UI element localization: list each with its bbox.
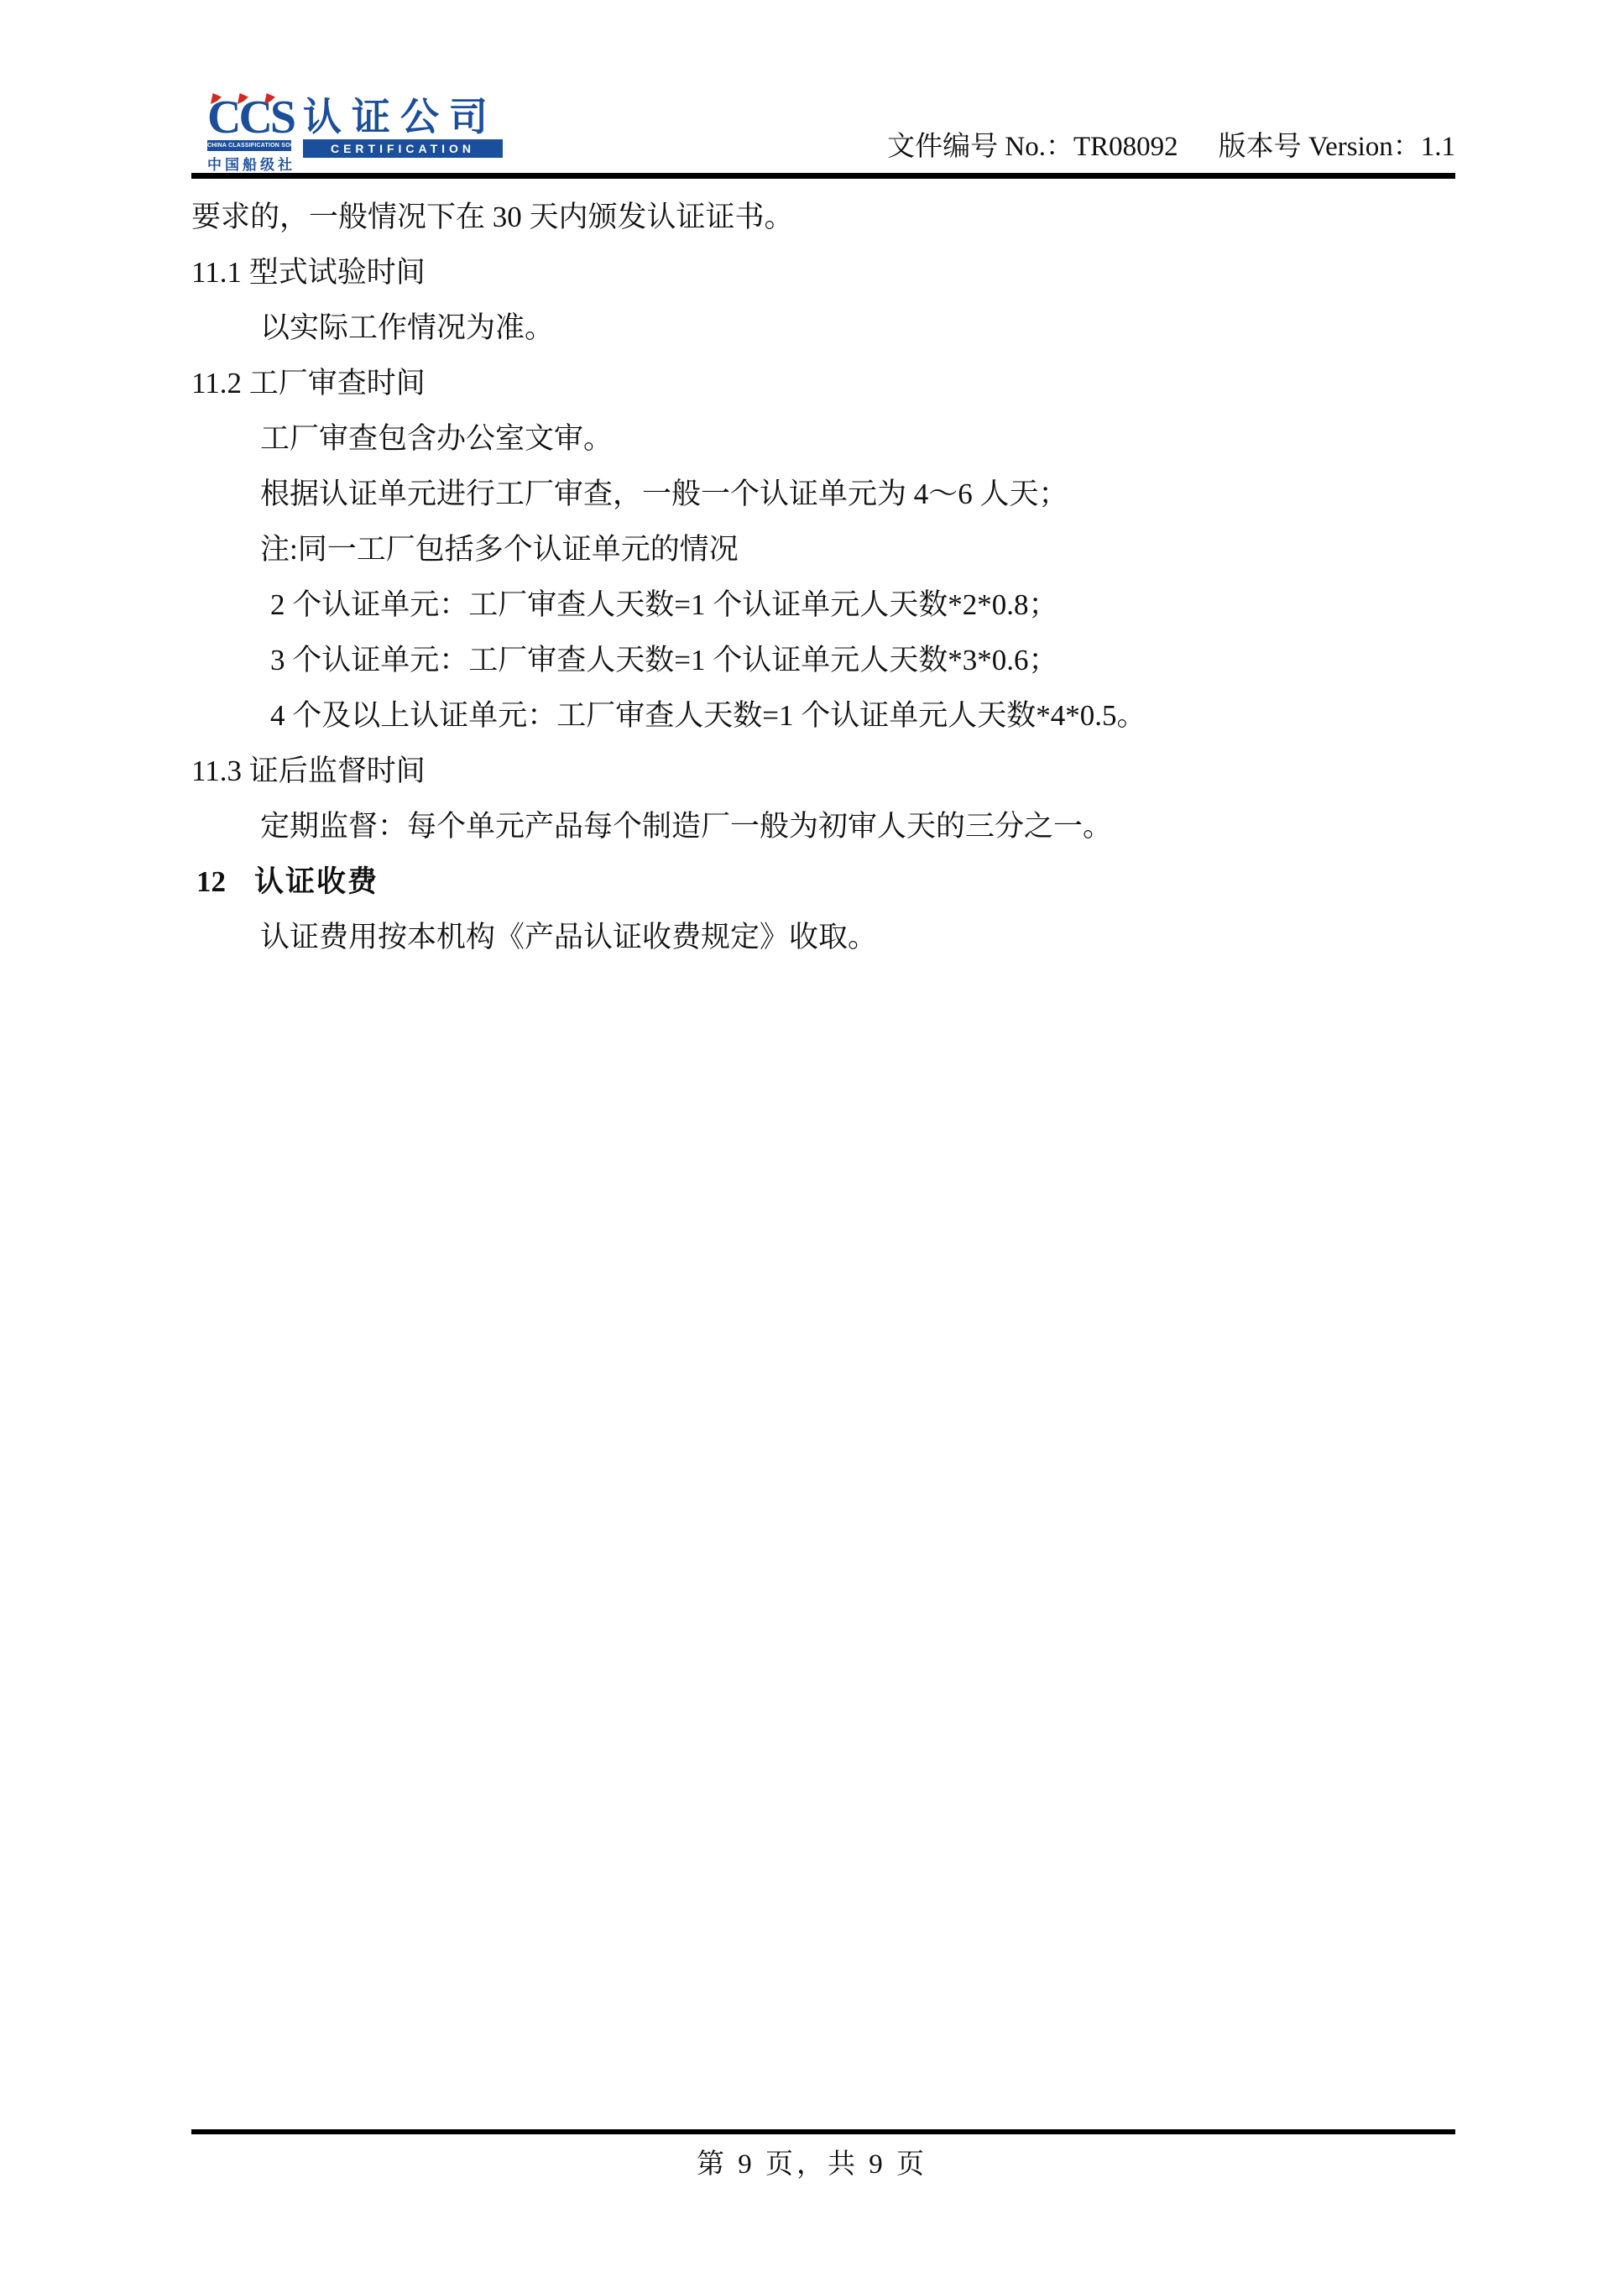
page-number: 第 9 页，共 9 页 bbox=[0, 2142, 1624, 2181]
doc-line: 3 个认证单元：工厂审查人天数=1 个认证单元人天数*3*0.6； bbox=[191, 633, 1501, 688]
header-divider bbox=[191, 173, 1455, 179]
certification-brand: 认证公司 CERTIFICATION bbox=[303, 97, 503, 158]
doc-number: 文件编号 No.：TR08092 bbox=[887, 132, 1178, 162]
doc-line: 要求的，一般情况下在 30 天内颁发认证证书。 bbox=[191, 190, 1501, 245]
heading-11-2: 11.2 工厂审查时间 bbox=[191, 356, 1501, 411]
heading-11-1: 11.1 型式试验时间 bbox=[191, 245, 1501, 300]
doc-line: 工厂审查包含办公室文审。 bbox=[191, 411, 1501, 467]
doc-line: 定期监督：每个单元产品每个制造厂一般为初审人天的三分之一。 bbox=[191, 799, 1501, 854]
doc-line: 根据认证单元进行工厂审查，一般一个认证单元为 4～6 人天； bbox=[191, 467, 1501, 522]
heading-12-number: 12 bbox=[196, 854, 226, 910]
doc-line: 4 个及以上认证单元：工厂审查人天数=1 个认证单元人天数*4*0.5。 bbox=[191, 688, 1501, 744]
ccs-wordmark: CCS bbox=[207, 97, 291, 138]
document-body: 要求的，一般情况下在 30 天内颁发认证证书。 11.1 型式试验时间 以实际工… bbox=[191, 190, 1501, 965]
ccs-logo: CCS CHINA CLASSIFICATION SOCIETY 中国船级社 认… bbox=[207, 97, 503, 174]
document-meta: 文件编号 No.：TR08092版本号 Version：1.1 bbox=[887, 124, 1455, 164]
certification-banner: CERTIFICATION bbox=[303, 139, 503, 158]
doc-line: 注:同一工厂包括多个认证单元的情况 bbox=[191, 522, 1501, 577]
version-number: 版本号 Version：1.1 bbox=[1219, 132, 1455, 162]
society-cn-name: 中国船级社 bbox=[207, 153, 291, 174]
doc-line: 以实际工作情况为准。 bbox=[191, 300, 1501, 356]
footer-divider bbox=[191, 2129, 1455, 2134]
heading-12-title: 认证收费 bbox=[254, 865, 379, 898]
heading-11-3: 11.3 证后监督时间 bbox=[191, 744, 1501, 799]
doc-line: 认证费用按本机构《产品认证收费规定》收取。 bbox=[191, 910, 1501, 965]
document-page: CCS CHINA CLASSIFICATION SOCIETY 中国船级社 认… bbox=[0, 0, 1624, 2277]
ccs-mark: CCS CHINA CLASSIFICATION SOCIETY 中国船级社 bbox=[207, 97, 291, 174]
heading-12: 12认证收费 bbox=[191, 854, 1501, 910]
doc-line: 2 个认证单元：工厂审查人天数=1 个认证单元人天数*2*0.8； bbox=[191, 577, 1501, 633]
brand-cn-name: 认证公司 bbox=[303, 97, 503, 136]
